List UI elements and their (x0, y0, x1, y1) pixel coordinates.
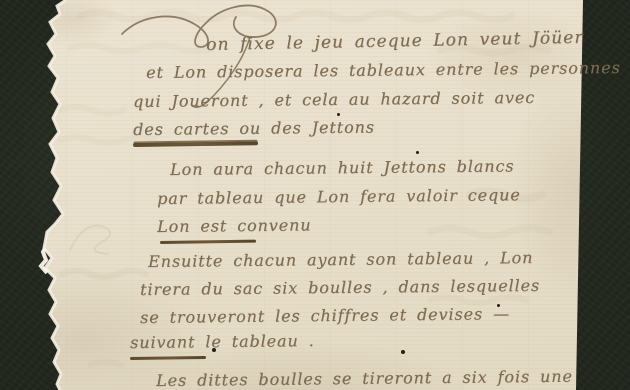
ink-dot (416, 151, 419, 154)
ink-dot (212, 348, 216, 352)
manuscript-line: Lon aura chacun huit Jettons blancs (170, 156, 515, 179)
manuscript-line: Lon est convenu (157, 215, 312, 236)
manuscript-line: Ensuitte chacun ayant son tableau , Lon (148, 248, 533, 271)
manuscript-line: par tableau que Lon fera valoir ceque (157, 185, 521, 208)
manuscript-line: des cartes ou des Jettons (133, 117, 375, 139)
ink-dot (401, 350, 405, 354)
ink-dot (497, 304, 500, 307)
photograph-stage: on fixe le jeu aceque Lon veut Jöüer et … (0, 0, 630, 390)
ink-dot (337, 113, 340, 116)
manuscript-line: se trouveront les chiffres et devises — (140, 304, 510, 327)
manuscript-line: suivant le tableau . (130, 331, 315, 352)
